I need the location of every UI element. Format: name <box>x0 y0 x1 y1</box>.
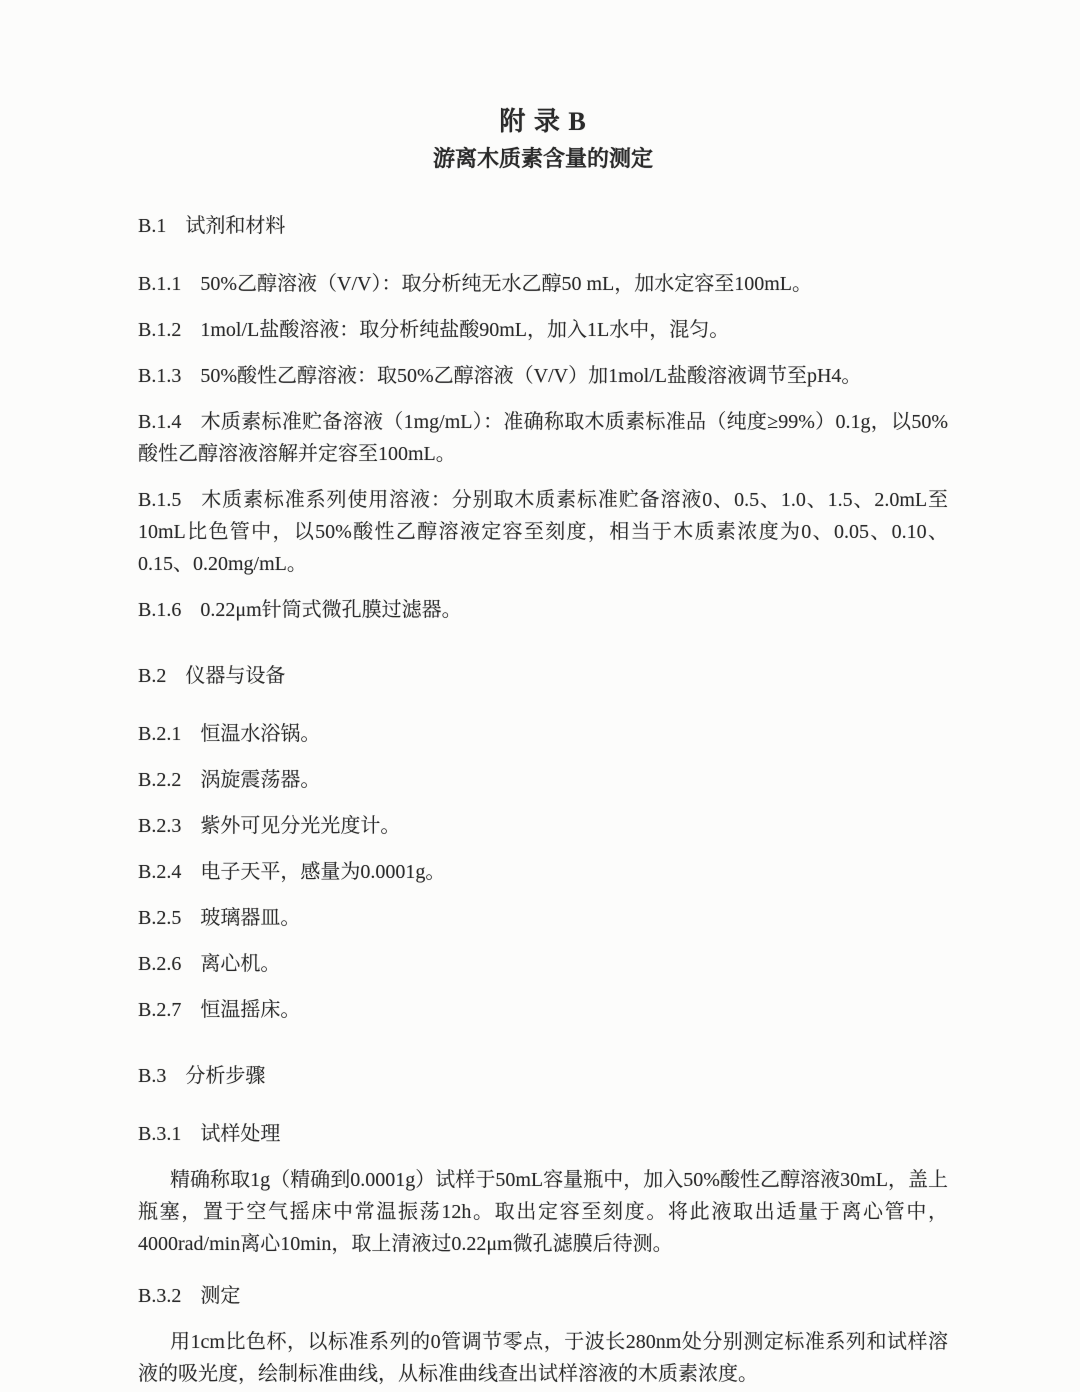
clause-b1-4: B.1.4木质素标准贮备溶液（1mg/mL）：准确称取木质素标准品（纯度≥99%… <box>138 406 948 470</box>
clause-b2-7: B.2.7恒温摇床。 <box>138 994 948 1026</box>
clause-number: B.2.5 <box>138 907 181 929</box>
appendix-subtitle: 游离木质素含量的测定 <box>138 142 948 176</box>
clause-text: 紫外可见分光光度计。 <box>200 815 400 837</box>
clause-text: 木质素标准贮备溶液（1mg/mL）：准确称取木质素标准品（纯度≥99%）0.1g… <box>138 411 948 465</box>
section-b2: B.2仪器与设备 B.2.1恒温水浴锅。 B.2.2涡旋震荡器。 B.2.3紫外… <box>138 660 948 1026</box>
body-paragraph-b3-2: 用1cm比色杯，以标准系列的0管调节零点，于波长280nm处分别测定标准系列和试… <box>138 1326 948 1390</box>
clause-number: B.2.4 <box>138 861 181 883</box>
clause-b2-2: B.2.2涡旋震荡器。 <box>138 764 948 796</box>
clause-b1-6: B.1.60.22μm针筒式微孔膜过滤器。 <box>138 594 948 626</box>
section-title: 试剂和材料 <box>185 215 285 237</box>
clause-text: 50%乙醇溶液（V/V）：取分析纯无水乙醇50 mL，加水定容至100mL。 <box>200 273 812 295</box>
clause-number: B.3.1 <box>138 1123 181 1145</box>
appendix-title: 附 录 B <box>138 104 948 140</box>
clause-text: 电子天平，感量为0.0001g。 <box>200 861 445 883</box>
clause-number: B.1.6 <box>138 599 181 621</box>
section-heading-b3: B.3分析步骤 <box>138 1060 948 1092</box>
clause-b2-1: B.2.1恒温水浴锅。 <box>138 718 948 750</box>
body-paragraph-b3-1: 精确称取1g（精确到0.0001g）试样于50mL容量瓶中，加入50%酸性乙醇溶… <box>138 1164 948 1260</box>
clause-b3-1: B.3.1试样处理 <box>138 1118 948 1150</box>
clause-text: 测定 <box>200 1285 240 1307</box>
appendix-header: 附 录 B 游离木质素含量的测定 <box>138 104 948 176</box>
clause-b1-2: B.1.21mol/L盐酸溶液：取分析纯盐酸90mL，加入1L水中，混匀。 <box>138 314 948 346</box>
clause-text: 恒温水浴锅。 <box>200 723 320 745</box>
clause-b1-1: B.1.150%乙醇溶液（V/V）：取分析纯无水乙醇50 mL，加水定容至100… <box>138 268 948 300</box>
clause-text: 玻璃器皿。 <box>200 907 300 929</box>
section-b1: B.1试剂和材料 B.1.150%乙醇溶液（V/V）：取分析纯无水乙醇50 mL… <box>138 210 948 626</box>
clause-text: 涡旋震荡器。 <box>200 769 320 791</box>
clause-b2-4: B.2.4电子天平，感量为0.0001g。 <box>138 856 948 888</box>
clause-b3-2: B.3.2测定 <box>138 1280 948 1312</box>
clause-number: B.1.1 <box>138 273 181 295</box>
section-title: 分析步骤 <box>185 1065 265 1087</box>
clause-b2-5: B.2.5玻璃器皿。 <box>138 902 948 934</box>
clause-text: 木质素标准系列使用溶液：分别取木质素标准贮备溶液0、0.5、1.0、1.5、2.… <box>138 489 948 575</box>
clause-number: B.1.2 <box>138 319 181 341</box>
section-number: B.1 <box>138 215 166 237</box>
clause-number: B.3.2 <box>138 1285 181 1307</box>
clause-number: B.2.6 <box>138 953 181 975</box>
clause-number: B.2.2 <box>138 769 181 791</box>
clause-text: 1mol/L盐酸溶液：取分析纯盐酸90mL，加入1L水中，混匀。 <box>200 319 729 341</box>
clause-text: 恒温摇床。 <box>200 999 300 1021</box>
clause-text: 50%酸性乙醇溶液：取50%乙醇溶液（V/V）加1mol/L盐酸溶液调节至pH4… <box>200 365 861 387</box>
section-title: 仪器与设备 <box>185 665 285 687</box>
section-heading-b1: B.1试剂和材料 <box>138 210 948 242</box>
section-number: B.3 <box>138 1065 166 1087</box>
clause-number: B.2.7 <box>138 999 181 1021</box>
clause-text: 试样处理 <box>200 1123 280 1145</box>
section-b3: B.3分析步骤 B.3.1试样处理 精确称取1g（精确到0.0001g）试样于5… <box>138 1060 948 1390</box>
clause-number: B.1.5 <box>138 489 181 511</box>
clause-text: 0.22μm针筒式微孔膜过滤器。 <box>200 599 461 621</box>
section-number: B.2 <box>138 665 166 687</box>
clause-text: 离心机。 <box>200 953 280 975</box>
clause-number: B.2.1 <box>138 723 181 745</box>
clause-b1-5: B.1.5木质素标准系列使用溶液：分别取木质素标准贮备溶液0、0.5、1.0、1… <box>138 484 948 580</box>
clause-b2-3: B.2.3紫外可见分光光度计。 <box>138 810 948 842</box>
clause-number: B.2.3 <box>138 815 181 837</box>
clause-number: B.1.3 <box>138 365 181 387</box>
clause-number: B.1.4 <box>138 411 181 433</box>
document-page: 附 录 B 游离木质素含量的测定 B.1试剂和材料 B.1.150%乙醇溶液（V… <box>0 0 1080 1392</box>
clause-b1-3: B.1.350%酸性乙醇溶液：取50%乙醇溶液（V/V）加1mol/L盐酸溶液调… <box>138 360 948 392</box>
clause-b2-6: B.2.6离心机。 <box>138 948 948 980</box>
section-heading-b2: B.2仪器与设备 <box>138 660 948 692</box>
